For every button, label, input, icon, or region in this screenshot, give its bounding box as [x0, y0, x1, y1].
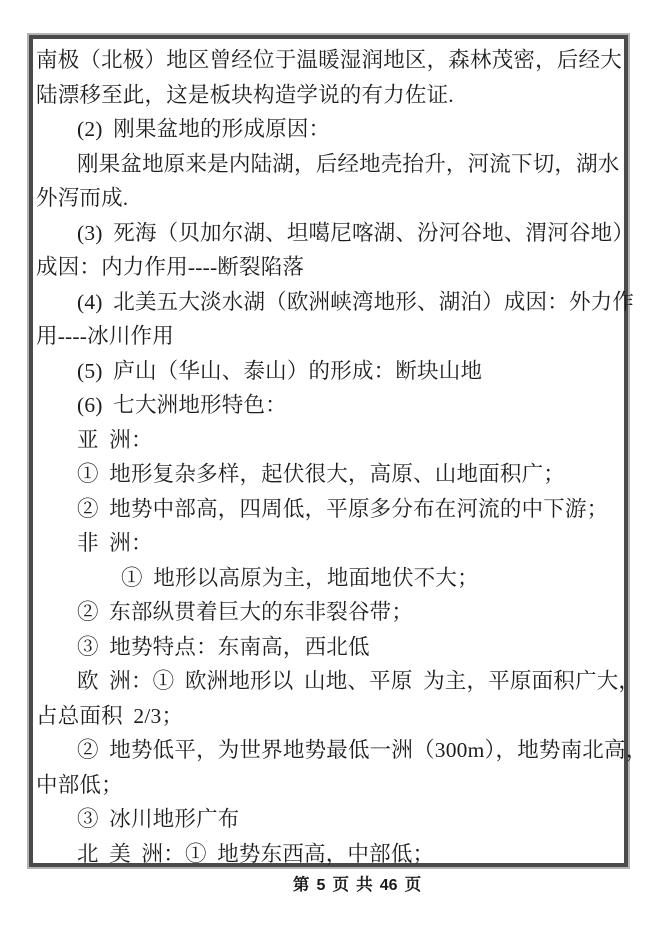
footer-label-ye-gong: 页 共 — [325, 875, 379, 894]
text-line: ① 地形以高原为主，地面地伏不大； — [36, 561, 618, 596]
text-line: ③ 冰川地形广布 — [36, 802, 618, 837]
text-line: 外泻而成. — [36, 181, 618, 216]
text-line: 刚果盆地原来是内陆湖，后经地壳抬升，河流下切，湖水 — [36, 147, 618, 182]
page-border-frame: 南极（北极）地区曾经位于温暖湿润地区，森林茂密，后经大陆漂移至此，这是板块构造学… — [29, 35, 628, 867]
document-page: 南极（北极）地区曾经位于温暖湿润地区，森林茂密，后经大陆漂移至此，这是板块构造学… — [0, 0, 660, 934]
text-line: 用----冰川作用 — [36, 319, 618, 354]
text-line: ③ 地势特点：东南高，西北低 — [36, 630, 618, 665]
text-line: ② 地势中部高，四周低，平原多分布在河流的中下游； — [36, 492, 618, 527]
text-line: (5) 庐山（华山、泰山）的形成：断块山地 — [36, 354, 618, 389]
text-line: (6) 七大洲地形特色： — [36, 388, 618, 423]
text-line: 占总面积 2/3； — [36, 699, 618, 734]
document-body: 南极（北极）地区曾经位于温暖湿润地区，森林茂密，后经大陆漂移至此，这是板块构造学… — [33, 39, 624, 863]
text-line: ② 东部纵贯着巨大的东非裂谷带； — [36, 595, 618, 630]
footer-label-di: 第 — [293, 875, 317, 894]
text-line: 欧 洲：① 欧洲地形以 山地、平原 为主，平原面积广大， — [36, 664, 618, 699]
page-footer: 第 5 页 共 46 页 — [0, 874, 660, 897]
text-line: 成因：内力作用----断裂陷落 — [36, 250, 618, 285]
text-line: ② 地势低平，为世界地势最低一洲（300m），地势南北高， — [36, 733, 618, 768]
text-line: (4) 北美五大淡水湖（欧洲峡湾地形、湖泊）成因：外力作 — [36, 285, 618, 320]
text-line: ① 地形复杂多样，起伏很大，高原、山地面积广； — [36, 457, 618, 492]
text-line: 陆漂移至此，这是板块构造学说的有力佐证. — [36, 78, 618, 113]
text-line: 亚 洲： — [36, 423, 618, 458]
text-line: 北 美 洲：① 地势东西高，中部低； — [36, 837, 618, 872]
text-line: 中部低； — [36, 768, 618, 803]
footer-label-ye: 页 — [398, 875, 422, 894]
text-line: 南极（北极）地区曾经位于温暖湿润地区，森林茂密，后经大 — [36, 43, 618, 78]
text-line: 非 洲： — [36, 526, 618, 561]
text-line: (3) 死海（贝加尔湖、坦噶尼喀湖、汾河谷地、渭河谷地） — [36, 216, 618, 251]
footer-total-pages: 46 — [380, 877, 398, 894]
text-line: (2) 刚果盆地的形成原因： — [36, 112, 618, 147]
